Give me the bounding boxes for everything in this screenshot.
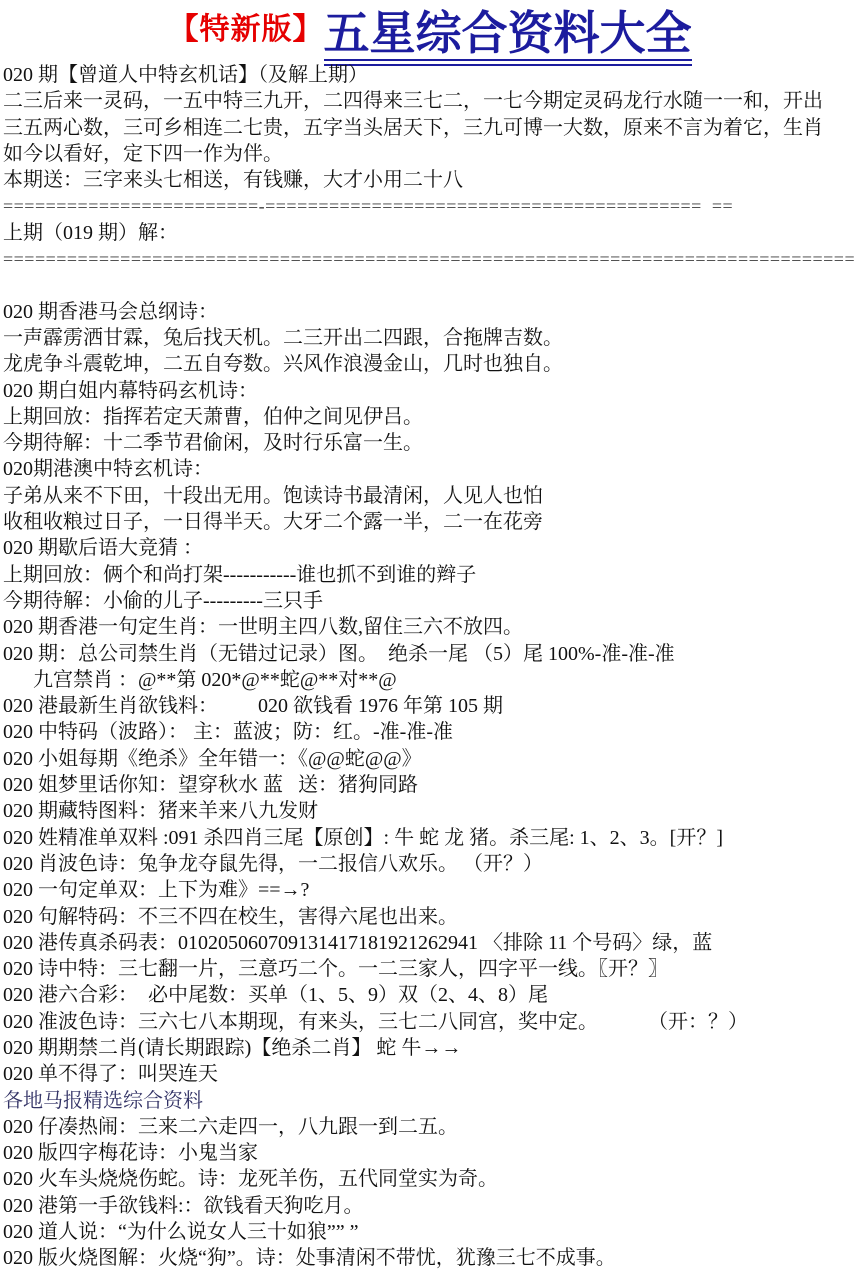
- text-line: 020 诗中特：三七翻一片，三意巧二个。一二三家人，四字平一线。〖开？〗: [3, 956, 860, 982]
- text-line: 020 期白姐内幕特码玄机诗：: [3, 378, 860, 404]
- text-line: 020 港六合彩： 必中尾数：买单（1、5、9）双（2、4、8）尾: [3, 982, 860, 1008]
- text-line: 020 期香港马会总纲诗：: [3, 299, 860, 325]
- text-line: 020 期歇后语大竞猜 ：: [3, 535, 860, 561]
- text-line: 020 港第一手欲钱料:：欲钱看天狗吃月。: [3, 1193, 860, 1219]
- text-line: 020 港最新生肖欲钱料： 020 欲钱看 1976 年第 105 期: [3, 693, 860, 719]
- text-line: 020 准波色诗：三六七八本期现，有来头，三七二八同宫，奖中定。 （开：？）: [3, 1009, 860, 1035]
- blank-line: [3, 272, 860, 298]
- text-line: 九宫禁肖 ：@**第 020*@**蛇@**对**@: [3, 667, 860, 693]
- text-line: 如今以看好，定下四一作为伴。: [3, 141, 860, 167]
- text-line: 子弟从来不下田，十段出无用。饱读诗书最清闲，人见人也怕: [3, 483, 860, 509]
- separator-line: ========================================…: [3, 246, 860, 272]
- text-line: 020 期香港一句定生肖：一世明主四八数,留住三六不放四。: [3, 614, 860, 640]
- text-line: 020 港传真杀码表：01020506070913141718192126294…: [3, 930, 860, 956]
- text-line: 今期待解：小偷的儿子---------三只手: [3, 588, 860, 614]
- edition-tag: 【特新版】: [169, 13, 324, 46]
- text-line: 020 小姐每期《绝杀》全年错一：《@@蛇@@》: [3, 746, 860, 772]
- text-line: 上期（019 期）解：: [3, 220, 860, 246]
- text-line: 一声霹雳洒甘霖，兔后找天机。二三开出二四跟，合拖牌吉数。: [3, 325, 860, 351]
- text-line: 020 期藏特图料：猪来羊来八九发财: [3, 798, 860, 824]
- text-line: 三五两心数，三可乡相连二七贵，五字当头居天下，三九可博一大数，原来不言为着它，生…: [3, 115, 860, 141]
- page-title: 五星综合资料大全: [324, 10, 692, 66]
- text-line: 020 姐梦里话你知：望穿秋水 蓝 送：猪狗同路: [3, 772, 860, 798]
- text-line: 020 仔凑热闹：三来二六走四一，八九跟一到二五。: [3, 1114, 860, 1140]
- text-line: 020 一句定单双：上下为难》==→?: [3, 877, 860, 903]
- text-line: 020 火车头烧烧伤蛇。诗：龙死羊伤，五代同堂实为奇。: [3, 1166, 860, 1192]
- content-lines: 020 期【曾道人中特玄机话】（及解上期）二三后来一灵码，一五中特三九开，二四得…: [0, 60, 860, 1272]
- text-line: 020 中特码（波路）： 主：蓝波；防：红。-准-准-准: [3, 719, 860, 745]
- text-line: 收租收粮过日子，一日得半天。大牙二个露一半，二一在花旁: [3, 509, 860, 535]
- text-line: 本期送：三字来头七相送，有钱赚，大才小用二十八: [3, 167, 860, 193]
- text-line: 上期回放：俩个和尚打架-----------谁也抓不到谁的辫子: [3, 562, 860, 588]
- separator-line: ========================-===============…: [3, 193, 860, 219]
- text-line: 020 期期禁二肖(请长期跟踪)【绝杀二肖】 蛇 牛→→: [3, 1035, 860, 1061]
- text-line: 020 版火烧图解：火烧“狗”。诗：处事清闲不带忧，犹豫三七不成事。: [3, 1245, 860, 1271]
- text-line: 龙虎争斗震乾坤，二五自夸数。兴风作浪漫金山，几时也独自。: [3, 351, 860, 377]
- text-line: 上期回放：指挥若定天萧曹，伯仲之间见伊吕。: [3, 404, 860, 430]
- text-line: 020 句解特码：不三不四在校生，害得六尾也出来。: [3, 904, 860, 930]
- text-line: 020 姓精准单双料 :091 杀四肖三尾【原创】: 牛 蛇 龙 猪。杀三尾: …: [3, 825, 860, 851]
- section-heading: 各地马报精选综合资料: [3, 1088, 860, 1114]
- text-line: 020 单不得了：叫哭连天: [3, 1061, 860, 1087]
- text-line: 020 道人说：“为什么说女人三十如狼”” ”: [3, 1219, 860, 1245]
- text-line: 今期待解：十二季节君偷闲，及时行乐富一生。: [3, 430, 860, 456]
- page-header: 【特新版】五星综合资料大全: [0, 0, 860, 60]
- text-line: 020 肖波色诗：兔争龙夺鼠先得，一二报信八欢乐。 （开？）: [3, 851, 860, 877]
- text-line: 020 版四字梅花诗：小鬼当家: [3, 1140, 860, 1166]
- text-line: 020期港澳中特玄机诗：: [3, 456, 860, 482]
- text-line: 二三后来一灵码，一五中特三九开，二四得来三七二，一七今期定灵码龙行水随一一和，开…: [3, 88, 860, 114]
- text-line: 020 期：总公司禁生肖（无错过记录）图。 绝杀一尾 （5）尾 100%-准-准…: [3, 641, 860, 667]
